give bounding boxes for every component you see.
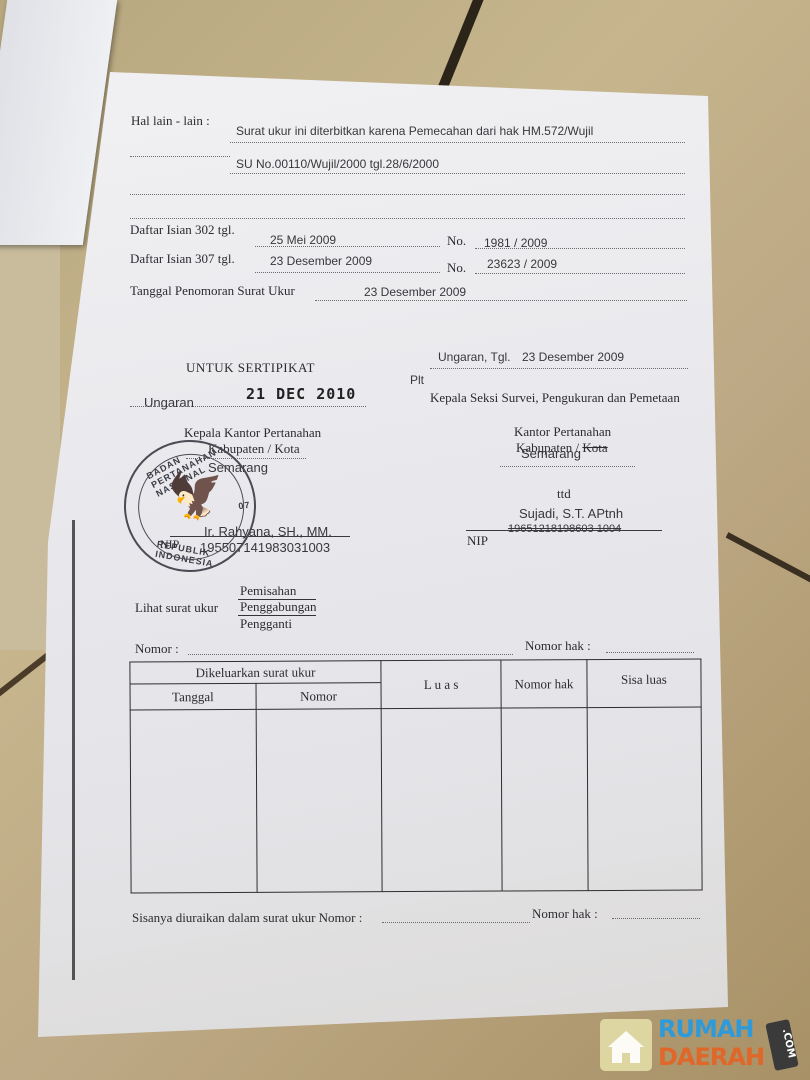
header-nomor-hak: Nomor hak bbox=[501, 660, 587, 708]
option-pengganti: Pengganti bbox=[240, 616, 292, 632]
dotted-line bbox=[130, 406, 366, 407]
seal-number: 07 bbox=[238, 500, 251, 512]
dotted-line bbox=[230, 173, 685, 174]
dotted-line bbox=[130, 194, 685, 195]
lihat-surat-ukur-label: Lihat surat ukur bbox=[135, 600, 218, 616]
daftar-isian-302-label: Daftar Isian 302 tgl. bbox=[130, 222, 235, 238]
table-cell bbox=[256, 709, 383, 893]
daftar-isian-307-date: 23 Desember 2009 bbox=[270, 254, 372, 268]
dotted-line bbox=[475, 273, 685, 274]
dotted-line bbox=[255, 272, 440, 273]
dotted-line bbox=[130, 218, 685, 219]
sisanya-nomor-hak-label: Nomor hak : bbox=[532, 906, 598, 922]
header-dikeluarkan: Dikeluarkan surat ukur bbox=[130, 661, 381, 684]
table-cell bbox=[381, 708, 502, 892]
hal-lain-label: Hal lain - lain : bbox=[131, 113, 210, 129]
table-cell bbox=[501, 708, 588, 891]
right-title1: Kepala Seksi Survei, Pengukuran dan Peme… bbox=[430, 390, 680, 406]
watermark-rumah: RUMAH bbox=[658, 1015, 754, 1043]
nomor-hak-label: Nomor hak : bbox=[525, 638, 591, 654]
dotted-line bbox=[475, 248, 685, 249]
plt-label: Plt bbox=[410, 373, 424, 387]
hal-lain-line1: Surat ukur ini diterbitkan karena Pemeca… bbox=[236, 124, 593, 138]
no-label: No. bbox=[447, 260, 466, 276]
dotted-line bbox=[315, 300, 687, 301]
tanggal-penomoran-date: 23 Desember 2009 bbox=[364, 285, 466, 299]
right-place-date-label: Ungaran, Tgl. bbox=[438, 350, 511, 364]
dotted-line bbox=[230, 142, 685, 143]
binding-edge bbox=[72, 520, 75, 980]
table-cell bbox=[130, 709, 257, 893]
right-city: Semarang bbox=[521, 446, 581, 461]
tile-grout bbox=[435, 0, 485, 98]
dotted-line bbox=[500, 466, 635, 467]
garuda-emblem-icon: 🦅 bbox=[166, 469, 229, 523]
daftar-isian-307-no: 23623 / 2009 bbox=[487, 257, 557, 271]
dotted-line bbox=[188, 654, 513, 655]
surat-ukur-table: Dikeluarkan surat ukur L u a s Nomor hak… bbox=[129, 659, 702, 894]
header-tanggal: Tanggal bbox=[130, 683, 256, 710]
header-sisa-luas: Sisa luas bbox=[587, 659, 701, 708]
dotted-line bbox=[255, 246, 440, 247]
dotted-line bbox=[430, 368, 688, 369]
house-icon bbox=[600, 1019, 652, 1071]
date-stamp: 21 DEC 2010 bbox=[246, 385, 356, 403]
watermark-daerah: DAERAH bbox=[658, 1043, 764, 1071]
hal-lain-line2: SU No.00110/Wujil/2000 tgl.28/6/2000 bbox=[236, 157, 439, 171]
tile-grout bbox=[726, 532, 810, 594]
right-nip: 19651218198603 1004 bbox=[508, 523, 621, 535]
untuk-sertipikat-heading: UNTUK SERTIPIKAT bbox=[186, 360, 315, 376]
dotted-line bbox=[130, 156, 230, 157]
option-penggabungan: Penggabungan bbox=[240, 599, 317, 615]
table-cell bbox=[587, 707, 702, 891]
right-signer-name: Sujadi, S.T. APtnh bbox=[519, 506, 623, 521]
dotted-line bbox=[606, 652, 694, 653]
daftar-isian-302-date: 25 Mei 2009 bbox=[270, 233, 336, 247]
daftar-isian-307-label: Daftar Isian 307 tgl. bbox=[130, 251, 235, 267]
tanggal-penomoran-label: Tanggal Penomoran Surat Ukur bbox=[130, 283, 295, 299]
no-label: No. bbox=[447, 233, 466, 249]
left-title1: Kepala Kantor Pertanahan bbox=[184, 425, 321, 441]
kota-struck-text: Kota bbox=[582, 440, 607, 455]
option-pemisahan: Pemisahan bbox=[240, 583, 296, 599]
header-nomor: Nomor bbox=[256, 683, 382, 710]
ttd-label: ttd bbox=[557, 486, 571, 502]
right-place-date: 23 Desember 2009 bbox=[522, 350, 624, 364]
nomor-label: Nomor : bbox=[135, 641, 179, 657]
right-title2: Kantor Pertanahan bbox=[514, 424, 611, 440]
right-nip-label: NIP bbox=[467, 533, 488, 549]
watermark-com: .COM bbox=[765, 1019, 798, 1071]
dotted-line bbox=[612, 918, 700, 919]
sisanya-label: Sisanya diuraikan dalam surat ukur Nomor… bbox=[132, 910, 362, 926]
watermark-logo: RUMAH DAERAH .COM bbox=[600, 1015, 800, 1075]
signature-line bbox=[466, 530, 662, 531]
header-luas: L u a s bbox=[381, 660, 501, 709]
left-place: Ungaran bbox=[144, 395, 194, 410]
dotted-line bbox=[382, 922, 530, 923]
